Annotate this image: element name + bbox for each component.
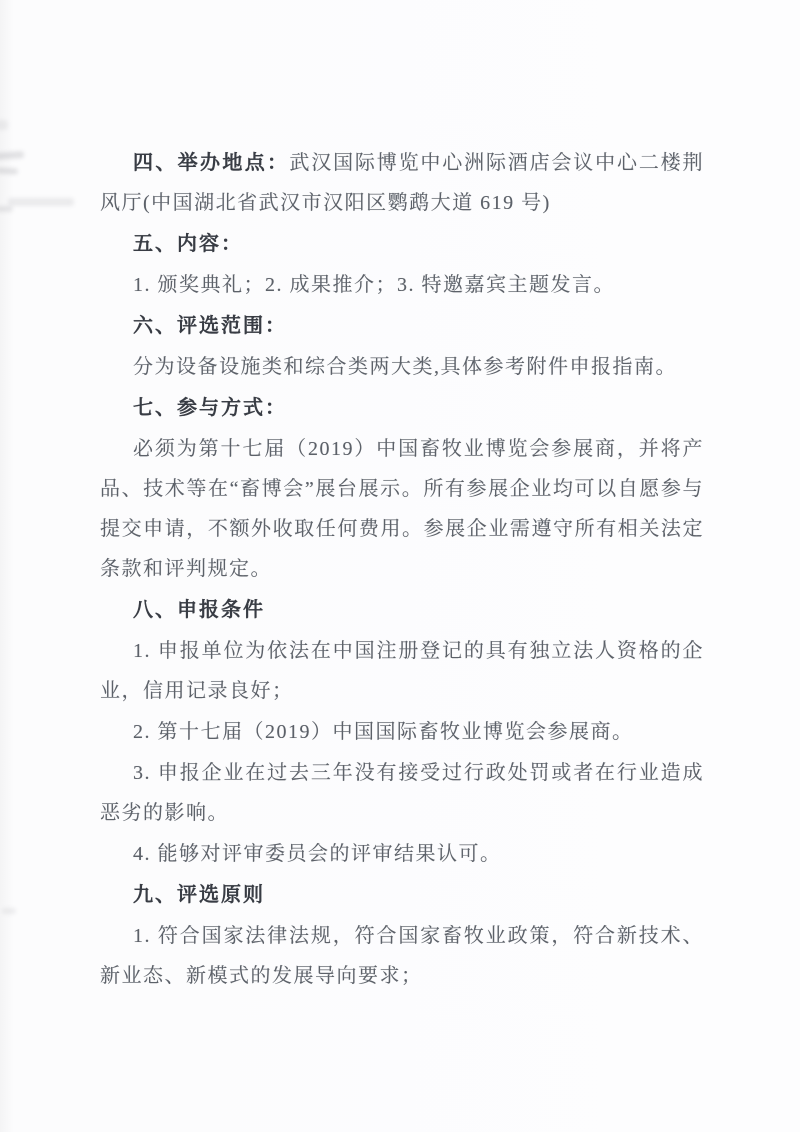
condition-item-3: 3. 申报企业在过去三年没有接受过行政处罚或者在行业造成恶劣的影响。 [100, 752, 704, 833]
principle-item-1: 1. 符合国家法律法规，符合国家畜牧业政策，符合新技术、新业态、新模式的发展导向… [100, 915, 704, 996]
paragraph-text: 3. 申报企业在过去三年没有接受过行政处罚或者在行业造成恶劣的影响。 [100, 762, 704, 824]
paragraph-text: 4. 能够对评审委员会的评审结果认可。 [133, 843, 502, 865]
content-items: 1. 颁奖典礼；2. 成果推介；3. 特邀嘉宾主题发言。 [100, 264, 704, 305]
scan-smudge [0, 167, 18, 174]
condition-item-2: 2. 第十七届（2019）中国国际畜牧业博览会参展商。 [100, 711, 704, 752]
section-venue: 四、举办地点：武汉国际博览中心洲际酒店会议中心二楼荆风厅(中国湖北省武汉市汉阳区… [100, 142, 704, 223]
section-heading: 九、评选原则 [133, 882, 265, 906]
section-scope-heading: 六、评选范围： [100, 305, 704, 346]
section-heading: 四、举办地点： [133, 150, 289, 174]
scan-smudge [0, 206, 13, 212]
paragraph-text: 1. 颁奖典礼；2. 成果推介；3. 特邀嘉宾主题发言。 [133, 274, 615, 296]
paragraph-text: 2. 第十七届（2019）中国国际畜牧业博览会参展商。 [133, 721, 634, 743]
condition-item-4: 4. 能够对评审委员会的评审结果认可。 [100, 833, 704, 874]
scope-text: 分为设备设施类和综合类两大类,具体参考附件申报指南。 [100, 346, 704, 387]
participation-text: 必须为第十七届（2019）中国畜牧业博览会参展商，并将产品、技术等在“畜博会”展… [100, 428, 704, 589]
scan-smudge [8, 198, 74, 206]
condition-item-1: 1. 申报单位为依法在中国注册登记的具有独立法人资格的企业，信用记录良好； [100, 630, 704, 711]
document-page: 四、举办地点：武汉国际博览中心洲际酒店会议中心二楼荆风厅(中国湖北省武汉市汉阳区… [0, 0, 800, 1132]
section-principles-heading: 九、评选原则 [100, 874, 704, 915]
document-body: 四、举办地点：武汉国际博览中心洲际酒店会议中心二楼荆风厅(中国湖北省武汉市汉阳区… [100, 142, 704, 996]
section-conditions-heading: 八、申报条件 [100, 589, 704, 630]
section-heading: 七、参与方式： [133, 395, 287, 419]
paragraph-text: 分为设备设施类和综合类两大类,具体参考附件申报指南。 [133, 356, 677, 378]
section-content-heading: 五、内容： [100, 223, 704, 264]
scan-smudge [2, 908, 16, 914]
section-participation-heading: 七、参与方式： [100, 387, 704, 428]
scan-smudge [0, 151, 24, 160]
section-heading: 八、申报条件 [133, 597, 265, 621]
scan-smudge [0, 120, 8, 130]
section-heading: 五、内容： [133, 231, 243, 255]
paragraph-text: 1. 符合国家法律法规，符合国家畜牧业政策，符合新技术、新业态、新模式的发展导向… [100, 925, 704, 987]
paragraph-text: 必须为第十七届（2019）中国畜牧业博览会参展商，并将产品、技术等在“畜博会”展… [100, 438, 704, 580]
section-heading: 六、评选范围： [133, 313, 287, 337]
paragraph-text: 1. 申报单位为依法在中国注册登记的具有独立法人资格的企业，信用记录良好； [100, 640, 704, 702]
